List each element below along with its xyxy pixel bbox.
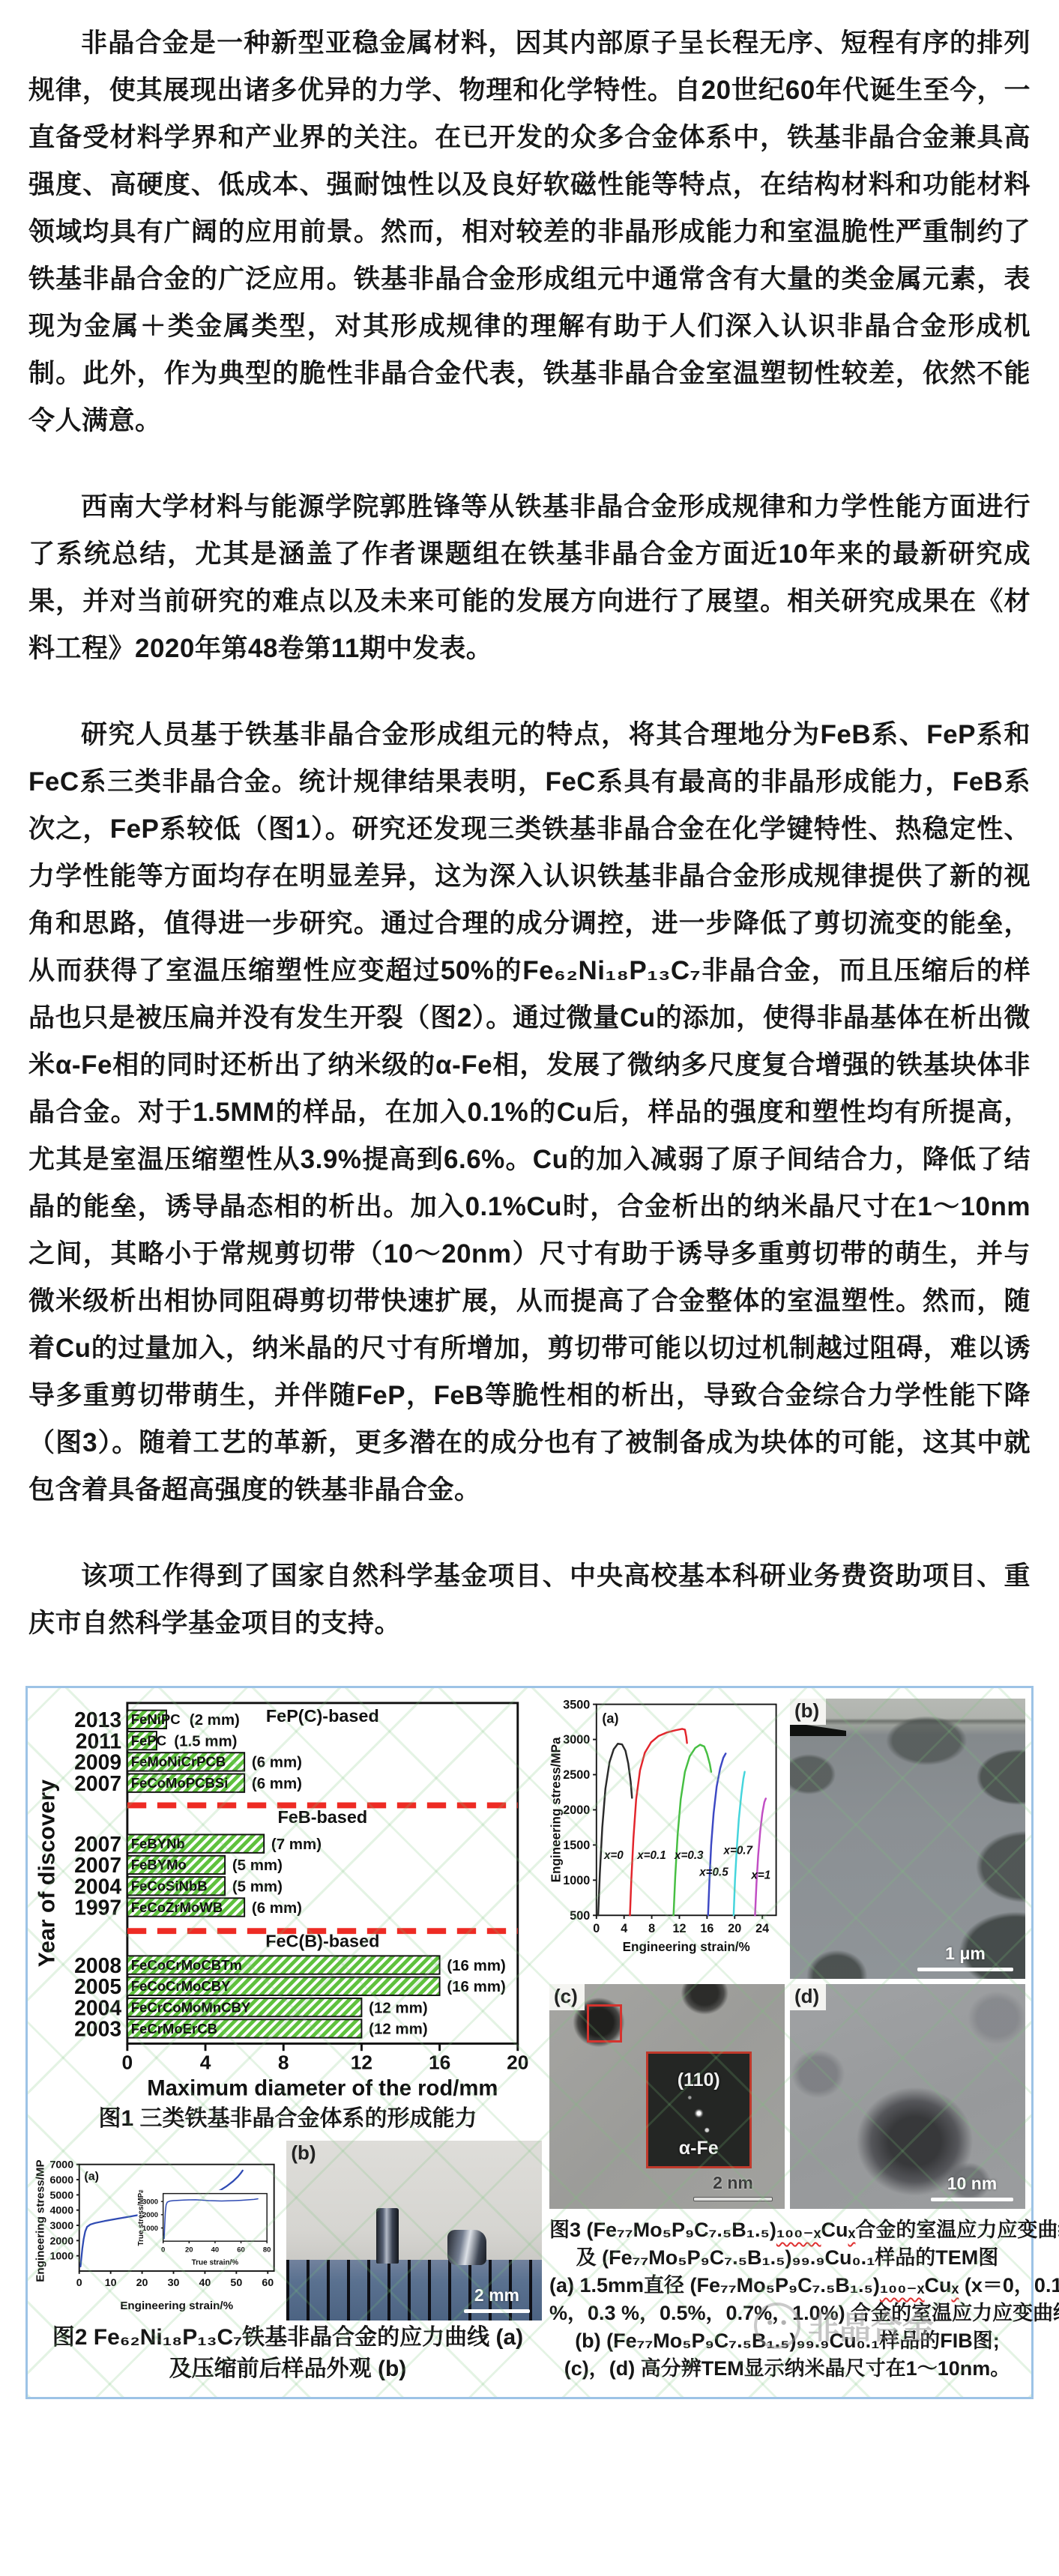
svg-text:1000: 1000: [563, 1874, 590, 1887]
svg-text:(6 mm): (6 mm): [252, 1775, 302, 1792]
svg-text:FeMoNiCrPCB: FeMoNiCrPCB: [131, 1754, 226, 1770]
svg-text:5000: 5000: [49, 2189, 73, 2201]
sample-cylinder-before: [376, 2208, 399, 2264]
fft-inset: (110) α-Fe: [646, 2052, 752, 2168]
svg-text:FePC: FePC: [131, 1732, 166, 1748]
sample-cylinder-after: [447, 2230, 486, 2265]
svg-text:FeC(B)-based: FeC(B)-based: [265, 1932, 379, 1951]
svg-text:0: 0: [161, 2246, 165, 2254]
scalebar-line: [917, 1968, 1013, 1971]
paragraph-intro: 非晶合金是一种新型亚稳金属材料，因其内部原子呈长程无序、短程有序的排列规律，使其…: [28, 19, 1031, 444]
svg-text:(7 mm): (7 mm): [271, 1836, 322, 1853]
svg-text:x=0: x=0: [603, 1849, 624, 1862]
svg-text:16: 16: [700, 1922, 713, 1935]
figure-panel: 048121620Maximum diameter of the rod/mmY…: [25, 1686, 1034, 2399]
svg-text:3000: 3000: [563, 1733, 590, 1747]
svg-text:2004: 2004: [74, 1874, 121, 1898]
fig3-panel-b-label: (b): [790, 1699, 826, 1725]
svg-text:(16 mm): (16 mm): [447, 1957, 506, 1974]
svg-text:FeCoCrMoCBY: FeCoCrMoCBY: [131, 1978, 231, 1994]
svg-text:Year of discovery: Year of discovery: [34, 1780, 59, 1968]
svg-text:(16 mm): (16 mm): [447, 1978, 506, 1995]
svg-text:Engineering strain/%: Engineering strain/%: [623, 1940, 750, 1954]
svg-text:FeCoCrMoCBTm: FeCoCrMoCBTm: [131, 1957, 242, 1973]
svg-text:(a): (a): [84, 2170, 99, 2183]
fig2-sample-photo: (b) 2 mm: [286, 2141, 542, 2320]
svg-text:x=0.1: x=0.1: [636, 1849, 666, 1862]
svg-text:(5 mm): (5 mm): [232, 1878, 283, 1896]
svg-text:Engineering stress/MPa: Engineering stress/MPa: [34, 2160, 46, 2282]
svg-text:7000: 7000: [49, 2160, 73, 2171]
svg-text:40: 40: [199, 2277, 211, 2289]
svg-text:Engineering stress/MPa: Engineering stress/MPa: [549, 1737, 563, 1882]
fft-plane-label: (110): [648, 2069, 749, 2091]
svg-text:20: 20: [507, 2052, 528, 2074]
svg-text:(6 mm): (6 mm): [252, 1899, 302, 1917]
fig3-tem-overview: (b) 1 μm: [790, 1699, 1025, 1979]
svg-text:FeCrMoErCB: FeCrMoErCB: [131, 2021, 217, 2037]
svg-text:2500: 2500: [563, 1768, 590, 1782]
svg-text:0: 0: [76, 2277, 82, 2289]
fig3-stress-strain-chart: 04812162024500100015002000250030003500En…: [549, 1699, 785, 1978]
svg-text:(12 mm): (12 mm): [369, 2021, 428, 2038]
svg-text:FeCrCoMoMnCBY: FeCrCoMoMnCBY: [131, 1999, 251, 2015]
paragraph-results: 研究人员基于铁基非晶合金形成组元的特点，将其合理地分为FeB系、FeP系和FeC…: [28, 711, 1031, 1514]
fig3-tem-nanocrystal: (c) (110) α-Fe 2 nm: [549, 1984, 785, 2209]
scalebar-line: [931, 2198, 1013, 2201]
svg-text:True strain/%: True strain/%: [192, 2259, 239, 2267]
svg-text:FeCoSiNbB: FeCoSiNbB: [131, 1878, 208, 1894]
svg-text:0: 0: [122, 2052, 133, 2074]
fig3-panel-d-label: (d): [790, 1984, 826, 2010]
svg-text:2003: 2003: [74, 2017, 121, 2041]
svg-text:FeB-based: FeB-based: [277, 1807, 367, 1827]
fig3-panel-c-label: (c): [549, 1984, 585, 2010]
svg-text:2013: 2013: [74, 1708, 121, 1732]
paragraph-funding: 该项工作得到了国家自然科学基金项目、中央高校基本科研业务费资助项目、重庆市自然科…: [28, 1552, 1031, 1647]
fig1-bar-chart: 048121620Maximum diameter of the rod/mmY…: [34, 1699, 542, 2102]
svg-text:x=0.3: x=0.3: [674, 1849, 704, 1862]
fig1-caption: 图1 三类铁基非晶合金体系的形成能力: [34, 2103, 542, 2135]
svg-text:1997: 1997: [74, 1896, 121, 1920]
svg-text:True stress/MPa: True stress/MPa: [137, 2189, 145, 2246]
figure-left-column: 048121620Maximum diameter of the rod/mmY…: [34, 1699, 542, 2391]
svg-text:2007: 2007: [74, 1832, 121, 1856]
svg-text:2004: 2004: [74, 1995, 121, 2019]
svg-text:20: 20: [136, 2277, 148, 2289]
fig2-stress-curve-chart: 0102030405060100020003000400050006000700…: [34, 2160, 279, 2320]
fig3b-scalebar: 1 μm: [917, 1944, 1013, 1971]
svg-text:50: 50: [230, 2277, 242, 2289]
svg-text:FeP(C)-based: FeP(C)-based: [266, 1706, 379, 1726]
svg-text:2008: 2008: [74, 1953, 121, 1977]
svg-text:x=0.7: x=0.7: [722, 1845, 753, 1857]
svg-text:4: 4: [621, 1922, 627, 1935]
svg-text:24: 24: [755, 1922, 769, 1935]
fig3-tem-hrtem: (d) 10 nm: [790, 1984, 1025, 2209]
svg-text:2000: 2000: [563, 1803, 590, 1817]
svg-text:20: 20: [185, 2246, 193, 2254]
fft-phase-label: α-Fe: [648, 2138, 749, 2159]
svg-text:FeCoMoPCBSi: FeCoMoPCBSi: [131, 1775, 229, 1791]
paragraph-summary: 西南大学材料与能源学院郭胜锋等从铁基非晶合金形成规律和力学性能方面进行了系统总结…: [28, 483, 1031, 672]
svg-text:3500: 3500: [563, 1699, 590, 1711]
svg-text:2007: 2007: [74, 1771, 121, 1795]
svg-text:0: 0: [593, 1922, 600, 1935]
svg-text:12: 12: [672, 1922, 686, 1935]
svg-text:FeBYMo: FeBYMo: [131, 1857, 187, 1872]
svg-text:60: 60: [262, 2277, 274, 2289]
svg-text:8: 8: [648, 1922, 655, 1935]
svg-text:x=0.5: x=0.5: [699, 1866, 728, 1879]
svg-text:Maximum diameter of the rod/mm: Maximum diameter of the rod/mm: [147, 2077, 498, 2101]
svg-text:10: 10: [105, 2277, 117, 2289]
svg-text:4000: 4000: [49, 2205, 73, 2217]
svg-text:500: 500: [570, 1909, 590, 1923]
fig3-caption: 图3 (Fe₇₇Mo₅P₉C₇.₅B₁.₅)₁₀₀₋ₓCuₓ合金的室温应力应变曲…: [549, 2216, 1025, 2383]
svg-text:80: 80: [263, 2246, 271, 2254]
fig3c-scalebar: 2 nm: [693, 2173, 773, 2201]
svg-text:FeNiPC: FeNiPC: [131, 1711, 181, 1727]
fig2-caption: 图2 Fe₆₂Ni₁₈P₁₃C₇铁基非晶合金的应力曲线 (a)及压缩前后样品外观…: [34, 2322, 542, 2385]
fig2-scalebar: 2 mm: [464, 2285, 530, 2313]
svg-text:(12 mm): (12 mm): [369, 1999, 428, 2016]
svg-text:2009: 2009: [74, 1750, 121, 1774]
svg-text:4: 4: [200, 2052, 211, 2074]
svg-text:(5 mm): (5 mm): [232, 1857, 283, 1874]
svg-text:2011: 2011: [76, 1729, 121, 1753]
article-body: 非晶合金是一种新型亚稳金属材料，因其内部原子呈长程无序、短程有序的排列规律，使其…: [0, 0, 1059, 1647]
fig3-grid: 04812162024500100015002000250030003500En…: [549, 1699, 1025, 2209]
svg-text:2005: 2005: [74, 1974, 121, 1998]
svg-text:40: 40: [211, 2246, 220, 2254]
svg-text:2007: 2007: [74, 1853, 121, 1877]
svg-text:12: 12: [351, 2052, 372, 2074]
svg-text:8: 8: [278, 2052, 289, 2074]
svg-text:60: 60: [237, 2246, 245, 2254]
svg-text:6000: 6000: [49, 2174, 73, 2186]
svg-text:2000: 2000: [49, 2235, 73, 2247]
scalebar-line: [464, 2309, 530, 2313]
svg-text:(2 mm): (2 mm): [190, 1711, 240, 1729]
svg-text:30: 30: [168, 2277, 180, 2289]
selection-box: [587, 2004, 622, 2043]
fig2-panel-b-label: (b): [286, 2141, 322, 2167]
svg-text:x=1: x=1: [750, 1869, 770, 1881]
svg-text:1000: 1000: [49, 2251, 73, 2263]
fig3d-scalebar: 10 nm: [931, 2174, 1013, 2201]
fig2-row: 0102030405060100020003000400050006000700…: [34, 2141, 542, 2320]
svg-text:(1.5 mm): (1.5 mm): [174, 1732, 237, 1750]
svg-text:16: 16: [429, 2052, 450, 2074]
svg-text:20: 20: [728, 1922, 741, 1935]
scalebar-line: [693, 2197, 773, 2201]
figure-right-column: 04812162024500100015002000250030003500En…: [549, 1699, 1025, 2391]
svg-text:1500: 1500: [563, 1839, 590, 1852]
svg-text:Engineering strain/%: Engineering strain/%: [120, 2300, 233, 2312]
svg-text:FeCoZrMoWB: FeCoZrMoWB: [131, 1899, 223, 1915]
svg-text:(a): (a): [602, 1711, 618, 1726]
article-page: 非晶合金是一种新型亚稳金属材料，因其内部原子呈长程无序、短程有序的排列规律，使其…: [0, 0, 1059, 2399]
svg-text:3000: 3000: [49, 2220, 73, 2232]
svg-text:(6 mm): (6 mm): [252, 1754, 302, 1771]
svg-text:FeBYNb: FeBYNb: [131, 1836, 185, 1851]
